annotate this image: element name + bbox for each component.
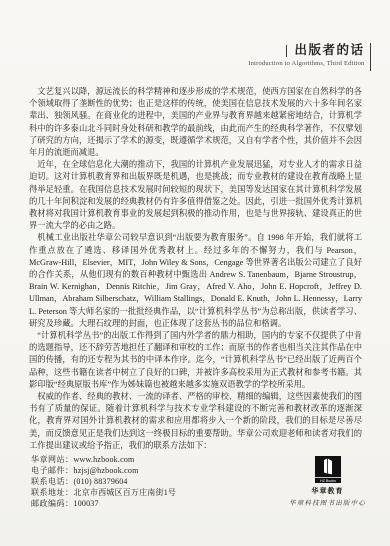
contact-label: 联系地址： [31,488,74,497]
zip-code: 100037 [74,499,99,508]
title-right-rule [370,43,372,71]
paragraph-4: “计算机科学丛书”的出版工作得到了国内外学者的鼎力相助，国内的专家不仅提供了中肯… [29,330,362,391]
book-page: 出版者的话 Introduction to Algorithms, Third … [0,0,390,546]
publisher-note-body: 文艺复兴以降，源远流长的科学精神和逐步形成的学术规范，使西方国家在自然科学的各个… [29,86,362,454]
logo-band-text: HZ Books [320,479,336,483]
huazhang-logo-icon: HZ Books [315,456,341,483]
book-title-english: Introduction to Algorithms, Third Editio… [248,60,364,68]
paragraph-3: 机械工业出版社华章公司较早意识到“出版要为教育服务”。自 1998 年开始，我们… [29,232,362,330]
contact-label: 邮政编码： [31,499,74,508]
contact-list: 华章网站：www.hzbook.com 电子邮件：hzjsj@hzbook.co… [31,455,176,510]
phone-number: (010) 88379604 [74,477,128,486]
email-address: hzjsj@hzbook.com [74,466,139,475]
title-left-rule [286,45,288,57]
contact-row-address: 联系地址：北京市西城区百万庄南街1号 [31,488,176,499]
header-text: 出版者的话 Introduction to Algorithms, Third … [248,43,364,68]
contact-row-email: 电子邮件：hzjsj@hzbook.com [31,466,176,477]
page-title: 出版者的话 [294,43,364,58]
paragraph-5: 权威的作者、经典的教材、一流的译者、严格的审校、精细的编辑，这些因素使我们的图书… [29,391,362,452]
paragraph-1: 文艺复兴以降，源远流长的科学精神和逐步形成的学术规范，使西方国家在自然科学的各个… [29,86,362,159]
publisher-logo: HZ Books 华章教育 华章科技图书出版中心 [289,456,366,510]
contact-label: 联系电话： [31,477,74,486]
footer: 华章网站：www.hzbook.com 电子邮件：hzjsj@hzbook.co… [31,455,372,510]
page-header: 出版者的话 Introduction to Algorithms, Third … [248,43,371,71]
contact-label: 华章网站： [31,455,74,464]
title-row: 出版者的话 [286,43,365,58]
huazhang-logo-svg: HZ Books [315,456,341,483]
website-url: www.hzbook.com [74,455,135,464]
contact-row-phone: 联系电话：(010) 88379604 [31,477,176,488]
postal-address: 北京市西城区百万庄南街1号 [74,488,177,497]
contact-label: 电子邮件： [31,466,74,475]
paragraph-2: 近年，在全球信息化大潮的推动下，我国的计算机产业发展迅猛，对专业人才的需求日益迫… [29,159,362,232]
logo-caption: 华章教育 [312,486,344,496]
contact-row-website: 华章网站：www.hzbook.com [31,455,176,466]
logo-subcaption: 华章科技图书出版中心 [289,498,366,507]
contact-row-zipcode: 邮政编码：100037 [31,499,176,510]
